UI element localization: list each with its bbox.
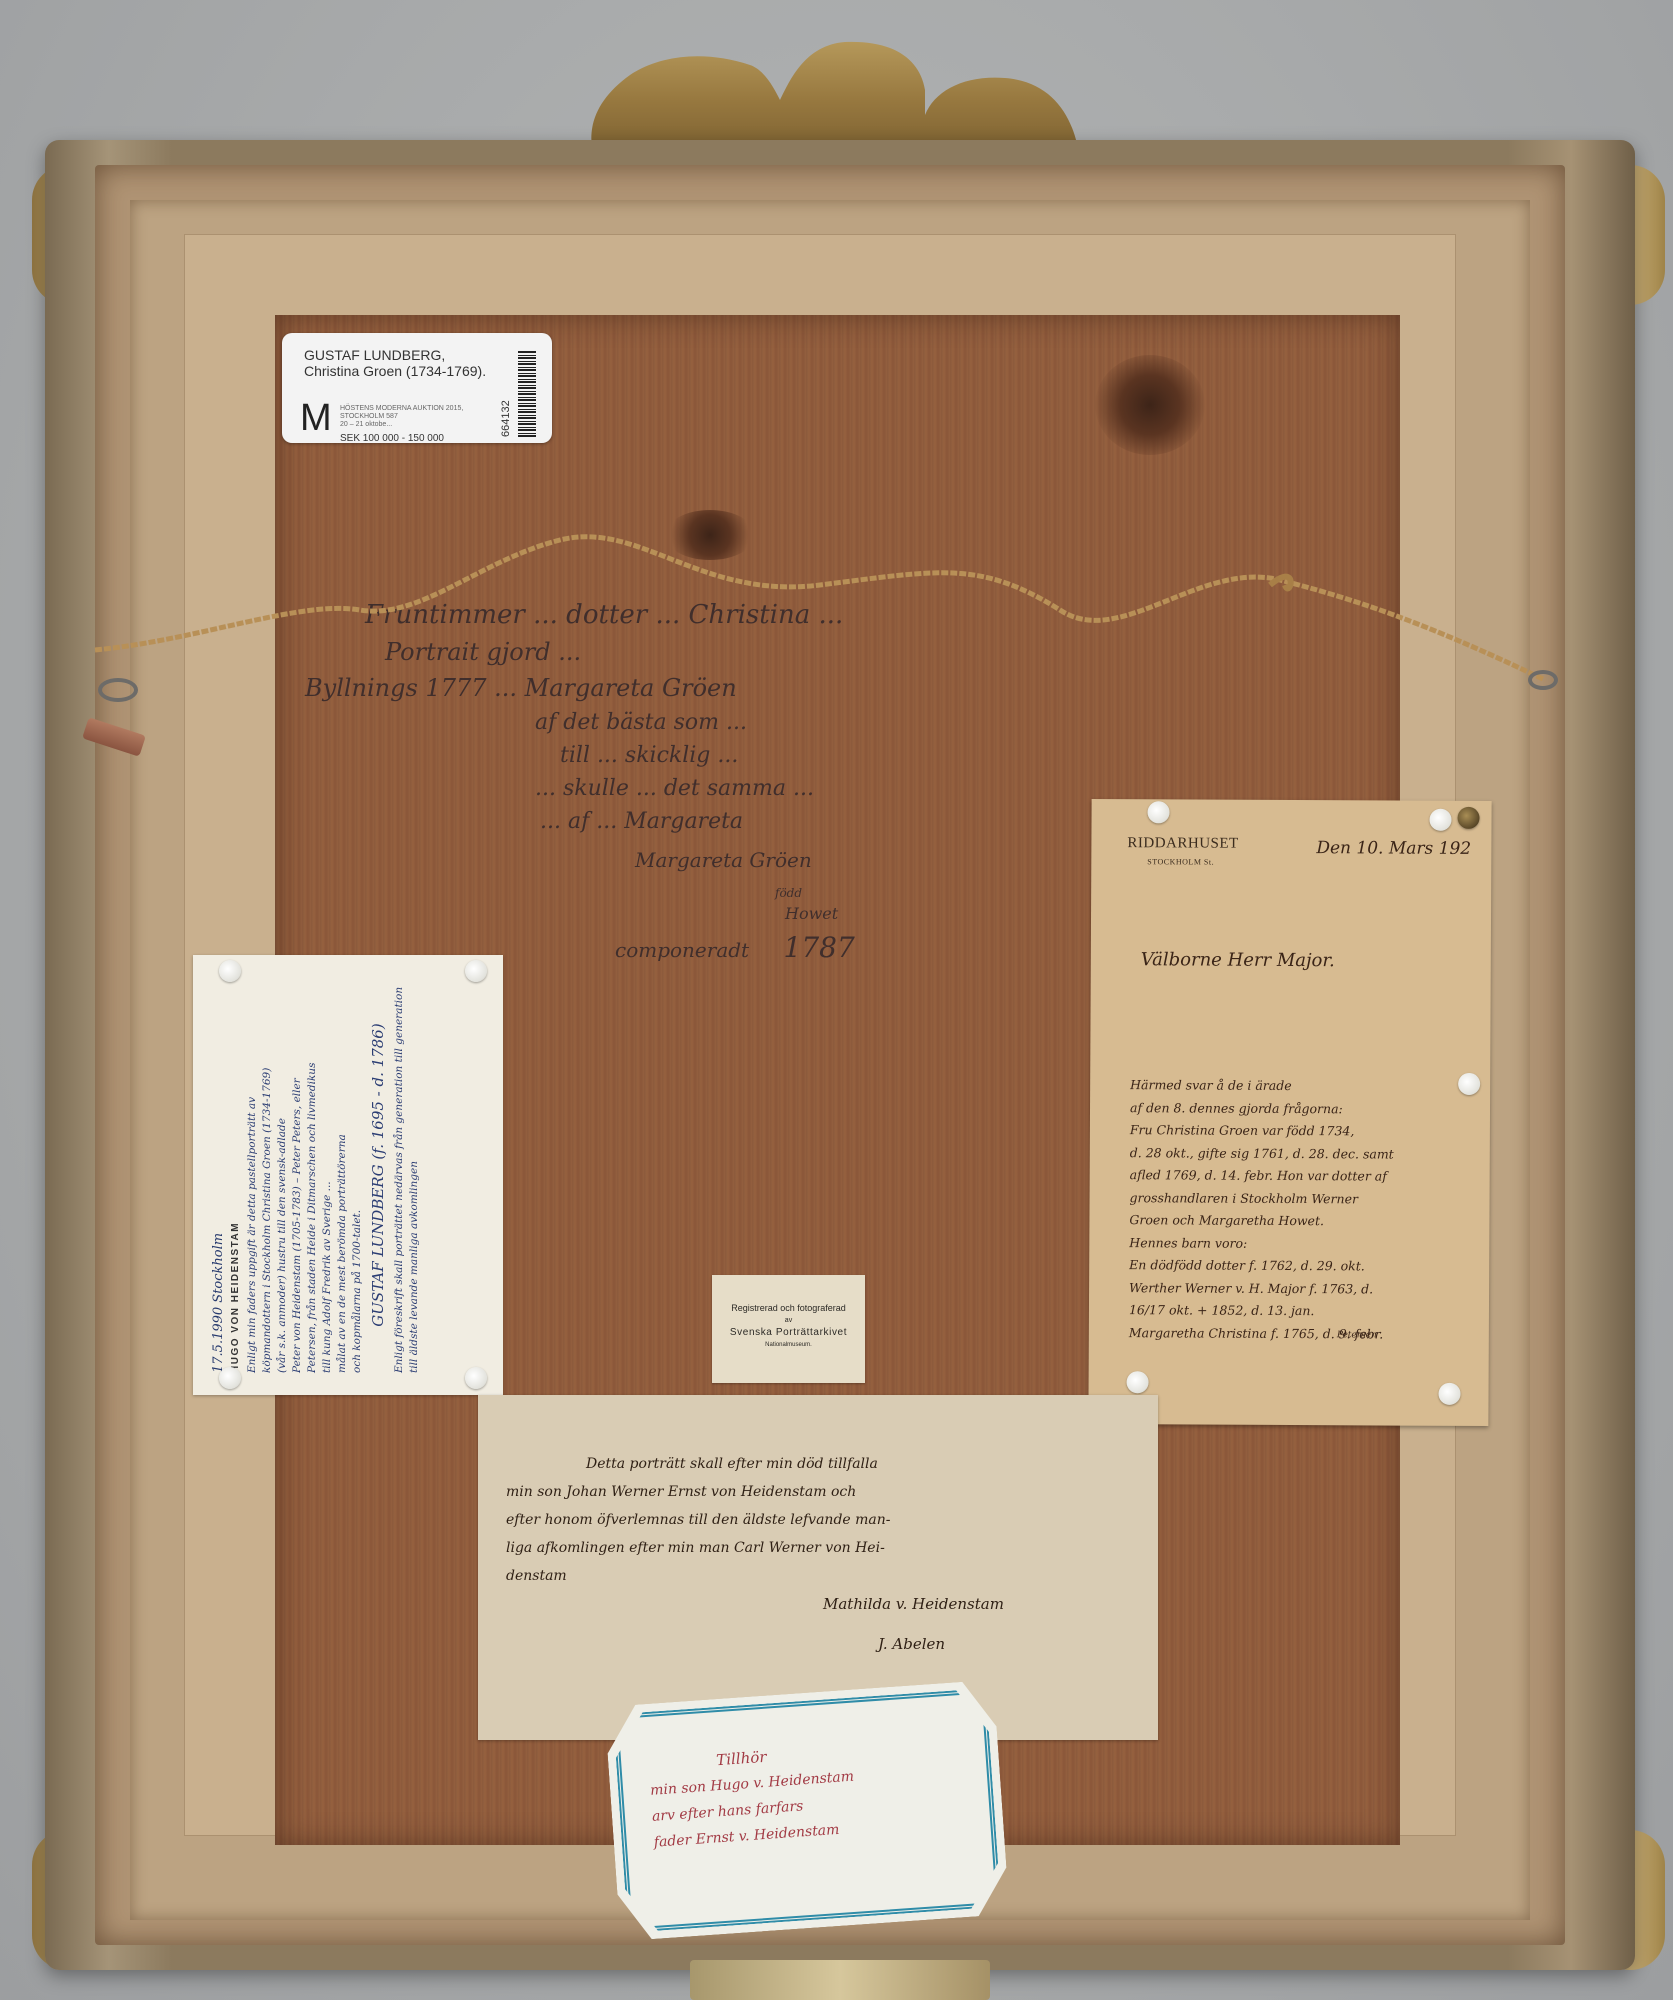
letter-line: 16/17 okt. + 1852, d. 13. jan. xyxy=(1129,1299,1479,1323)
pin-icon xyxy=(1429,809,1451,831)
note-line: Detta porträtt skall efter min död tillf… xyxy=(506,1450,1146,1478)
pin-icon xyxy=(219,1367,241,1389)
pin-icon xyxy=(1438,1383,1460,1405)
letter-annotation: Petersen xyxy=(1337,1330,1377,1340)
letter-line: Hennes barn voro: xyxy=(1129,1232,1479,1256)
inscription-line: ... skulle ... det samma ... xyxy=(535,776,1365,801)
hanging-ring-icon xyxy=(1528,670,1558,690)
letter-greeting: Välborne Herr Major. xyxy=(1141,949,1335,971)
pin-icon xyxy=(465,1367,487,1389)
wood-knot xyxy=(1095,355,1205,455)
card-artist-line: GUSTAF LUNDBERG (f. 1695 - d. 1786) xyxy=(371,977,386,1373)
inscription-line: af det bästa som ... xyxy=(535,710,1365,735)
auction-estimate: SEK 100 000 - 150 000 xyxy=(340,433,444,444)
auction-house-logo: M xyxy=(300,399,332,437)
letter-line: d. 28 okt., gifte sig 1761, d. 28. dec. … xyxy=(1130,1142,1480,1166)
card-line: målat av en de mest berömda porträttörer… xyxy=(335,977,350,1373)
note-line: denstam xyxy=(506,1562,1146,1590)
tag-text: Tillhör min son Hugo v. Heidenstam arv e… xyxy=(648,1738,859,1856)
pin-icon xyxy=(465,960,487,982)
display-stand xyxy=(690,1960,990,2000)
card-line: köpmandottern i Stockholm Christina Groe… xyxy=(260,977,275,1373)
auction-sale-name: HÖSTENS MODERNA AUKTION 2015, STOCKHOLM … xyxy=(340,405,490,421)
letter-date: Den 10. Mars 192 xyxy=(1316,838,1471,859)
auction-sale-dates: 20 – 21 oktobe... xyxy=(340,421,490,429)
auction-sale-info: HÖSTENS MODERNA AUKTION 2015, STOCKHOLM … xyxy=(340,405,490,429)
pin-icon xyxy=(1458,1073,1480,1095)
stamp-line: Nationalmuseum. xyxy=(712,1342,865,1348)
inscription-line: Fruntimmer ... dotter ... Christina ... xyxy=(365,600,1365,630)
card-closing: Enligt föreskrift skall porträttet nedär… xyxy=(392,977,422,1373)
letter-line: En dödfödd dotter f. 1762, d. 29. okt. xyxy=(1129,1254,1479,1278)
gift-tag: Tillhör min son Hugo v. Heidenstam arv e… xyxy=(604,1680,1009,1942)
note-line: liga afkomlingen efter min man Carl Wern… xyxy=(506,1534,1146,1562)
stamp-line: av xyxy=(712,1317,865,1324)
card-line: Petersen, från staden Heide i Ditmarsche… xyxy=(305,977,320,1373)
letter-line: Fru Christina Groen var född 1734, xyxy=(1130,1119,1480,1143)
inscription-line: Portrait gjord ... xyxy=(385,638,1365,666)
letterhead-city: STOCKHOLM St. xyxy=(1147,857,1214,866)
museum-registration-label: Registrerad och fotograferad av Svenska … xyxy=(712,1275,865,1383)
auction-label: GUSTAF LUNDBERG, Christina Groen (1734-1… xyxy=(282,333,552,443)
hanging-ring-icon xyxy=(98,678,138,702)
card-line: till kung Adolf Fredrik av Sverige ... xyxy=(320,977,335,1373)
note-line: efter honom öfverlemnas till den äldste … xyxy=(506,1506,1146,1534)
letter-line: Margaretha Christina f. 1765, d. 9. febr… xyxy=(1129,1322,1479,1346)
inscription-line: till ... skicklig ... xyxy=(560,743,1365,768)
heidenstam-card: 17.5.1990 Stockholm HUGO VON HEIDENSTAM … xyxy=(193,955,503,1395)
note-line: min son Johan Werner Ernst von Heidensta… xyxy=(506,1478,1146,1506)
card-date: 17.5.1990 Stockholm xyxy=(211,977,226,1373)
letter-line: grosshandlaren i Stockholm Werner xyxy=(1129,1187,1479,1211)
card-line: (vår s.k. anmoder) hustru till den svens… xyxy=(275,977,290,1373)
letter-body: Härmed svar å de i ärade af den 8. denne… xyxy=(1129,1074,1480,1346)
letterhead-org: RIDDARHUSET xyxy=(1127,835,1238,853)
letter-line: af den 8. dennes gjorda frågorna: xyxy=(1130,1097,1480,1121)
letter-line: Werther Werner v. H. Major f. 1763, d. xyxy=(1129,1277,1479,1301)
wood-knot xyxy=(665,510,755,560)
barcode-icon xyxy=(518,351,536,437)
letter-line: Härmed svar å de i ärade xyxy=(1130,1074,1480,1098)
inscription-footer-word: componeradt xyxy=(615,938,749,962)
pin-icon xyxy=(219,960,241,982)
lot-number: 664132 xyxy=(500,400,512,437)
pin-icon xyxy=(1148,801,1170,823)
riddarhuset-letter: RIDDARHUSET STOCKHOLM St. Den 10. Mars 1… xyxy=(1088,799,1491,1426)
card-heading: HUGO VON HEIDENSTAM xyxy=(230,977,241,1373)
auction-lot-title: GUSTAF LUNDBERG, Christina Groen (1734-1… xyxy=(304,347,504,379)
card-line: och kopmålarna på 1700-talet. xyxy=(350,977,365,1373)
card-line: Enligt min faders uppgift är detta paste… xyxy=(245,977,260,1373)
bequest-note: Detta porträtt skall efter min död tillf… xyxy=(478,1395,1158,1740)
card-line: Peter von Heidenstam (1705-1783) – Peter… xyxy=(290,977,305,1373)
pin-icon xyxy=(1127,1371,1149,1393)
note-witness: J. Abelen xyxy=(878,1635,945,1653)
letter-line: Groen och Margaretha Howet. xyxy=(1129,1209,1479,1233)
letter-line: afled 1769, d. 14. febr. Hon var dotter … xyxy=(1130,1164,1480,1188)
stamp-line: Registrerad och fotograferad xyxy=(712,1303,865,1313)
inscription-year: 1787 xyxy=(784,931,855,964)
card-content: 17.5.1990 Stockholm HUGO VON HEIDENSTAM … xyxy=(193,955,503,1395)
inscription-line: Byllnings 1777 ... Margareta Gröen xyxy=(305,674,1365,702)
note-body: Detta porträtt skall efter min död tillf… xyxy=(506,1450,1146,1590)
note-signature: Mathilda v. Heidenstam xyxy=(823,1595,1004,1613)
brass-pin-icon xyxy=(1457,807,1479,829)
stamp-line: Svenska Porträttarkivet xyxy=(712,1327,865,1338)
